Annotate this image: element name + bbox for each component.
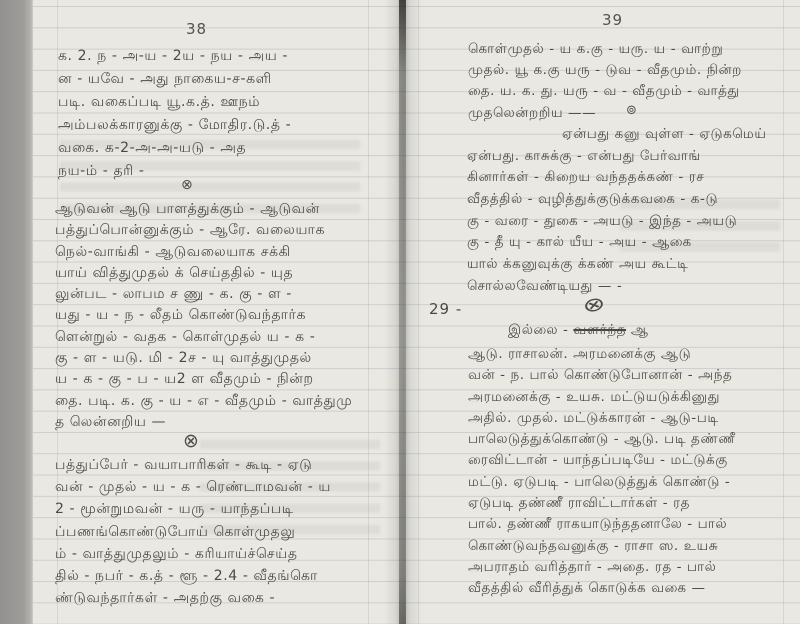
manuscript-line: ஏடுபடி தண்ணீ ராவிட்டார்கள் - ரத [468,493,735,514]
right-paragraph-1: கொள்முதல் - ய க.கு - யரு. ய - வாற்றுமுதல… [468,39,742,124]
manuscript-line: ஆடு. ராசாலன். அரமனைக்கு ஆடு [468,344,735,365]
left-paragraph-3: பத்துப்பேர் - வயாபாரிகள் - கூடி - ஏடுவன்… [55,454,331,609]
manuscript-line: ளென்றுல் - வதக - கொள்முதல் ய - க - [55,327,352,348]
manuscript-line: கு - தீ யு - கால் யீய - அய - ஆகை [467,232,767,254]
manuscript-line: பத்துப்பொன்னுக்கும் - ஆரே. வலையாக [55,220,352,241]
manuscript-line: வன் - முதல் - ய - க - ரெண்டாமவன் - ய [55,476,331,498]
manuscript-line: ண்டுவந்தார்கள் - அதற்கு வகை - [55,587,331,609]
manuscript-line: படி. வகைப்படி யூ.க.த். ஊநம் [58,91,291,114]
manuscript-line: முதல். யூ க.கு யரு - டுவ - வீதமும். நின்… [468,60,742,81]
manuscript-line: வீதத்தில் வீரித்துக் கொடுக்க வகை — [468,578,735,599]
manuscript-line: சொல்லவேண்டியது — - [467,276,767,298]
heading-struck-word: வளர்ந்த [573,322,626,338]
manuscript-line: தை. ய. க. து. யரு - வ - வீதமும் - வாத்து [468,81,742,102]
manuscript-line: வீதத்தில் - வுழித்துக்குடுக்கவகை - க-டு [467,189,767,211]
notebook-scan: 38 க. 2. ந - அ-ய - 2ய - நய - அய -ன - யவே… [0,0,800,624]
manuscript-line: பத்துப்பேர் - வயாபாரிகள் - கூடி - ஏடு [55,454,331,476]
manuscript-line: நய-ம் - தரி - [58,160,291,183]
manuscript-line: ஏன்பது. காசுக்கு - என்பது பேர்வாங் [467,146,767,168]
manuscript-line: ப்பணங்கொண்டுபோய் கொள்முதலு [55,521,331,543]
manuscript-line: லுன்பட - லாபம ச ணு - க. கு - ள - [55,284,352,305]
manuscript-line: ன - யவே - அது நாகைய-ச-களி [58,68,291,91]
manuscript-line: 2 - மூன்றுமவன் - யரு - யாந்தப்படி [55,498,331,520]
manuscript-line: கினார்கள் - கிறைய வந்ததக்கண் - ரச [467,167,767,189]
manuscript-line: அதில். முதல். மட்டுக்காரன் - ஆடு-படி [468,408,735,429]
manuscript-line: ரைவிட்டான் - யாந்தப்படியே - மட்டுக்கு [468,450,735,471]
manuscript-line: யால் க்கனுவுக்கு க்கண் அய கூட்டி [467,254,767,276]
manuscript-line: ம் - வாத்துமுதலும் - கரியாய்ச்செய்த [55,543,331,565]
manuscript-line: அபராதம் வரித்தார் - அதை. ரத - பால் [468,557,735,578]
manuscript-line: தில் - நபர் - க.த் - ளூ - 2.4 - வீதங்கொ [55,565,331,587]
section-divider-icon: ⊗ [181,177,193,193]
heading-suffix: ஆ [626,322,649,338]
margin-line-right-page-right [783,0,784,624]
manuscript-line: பால். தண்ணீ ராகயாடுந்ததனாலே - பால் [468,514,735,535]
manuscript-line: வகை. க-2-அ-அ-யடு - அத [58,137,291,160]
manuscript-line: அம்பலக்காரனுக்கு - மோதிர.டு.த் - [58,114,291,137]
left-paragraph-2: ஆடுவன் ஆடு பாளத்துக்கும் - ஆடுவன்பத்துப்… [55,199,352,433]
scanner-edge-strip [0,0,33,624]
manuscript-line: ய - க - கு - ப - ய2 ள வீதமும் - நின்ற [55,369,352,390]
right-paragraph-2: ஏன்பது கனு வுள்ள - ஏடுகமெய்ஏன்பது. காசுக… [467,124,767,298]
manuscript-line: நெல்-வாங்கி - ஆடுவலையாக சக்கி [55,242,352,263]
manuscript-line: தை. படி. க. கு - ய - எ - வீதமும் - வாத்த… [55,391,352,412]
left-paragraph-1: க. 2. ந - அ-ய - 2ய - நய - அய -ன - யவே - … [58,45,291,183]
manuscript-line: ஏன்பது கனு வுள்ள - ஏடுகமெய் [562,124,767,146]
left-page-number: 38 [186,20,207,38]
section-divider-icon: ⊗ [183,430,199,452]
manuscript-line: பாலெடுத்துக்கொண்டு - ஆடு. படி தண்ணீ [468,429,735,450]
manuscript-line: கு - வரை - துகை - அயடு - இந்த - அயடு [467,211,767,233]
heading-prefix: இல்லை - [508,322,573,338]
manuscript-line: கொள்முதல் - ய க.கு - யரு. ய - வாற்று [468,39,742,60]
book-gutter [384,0,422,624]
manuscript-line: த லென்னறிய — [55,412,352,433]
manuscript-line: கு - ள - யடு. மி - 2ச - யு வாத்துமுதல் [55,348,352,369]
manuscript-line: கொண்டுவந்தவனுக்கு - ராசா ஸ. உயசு [468,536,735,557]
section-number: 29 - [429,300,462,318]
manuscript-line: யது - ய - ந - லீதம் கொண்டுவந்தார்க [55,305,352,326]
manuscript-line: முதலென்றறிய —— [468,103,742,124]
section-heading: இல்லை - வளர்ந்த ஆ [508,322,649,340]
margin-line-left-page-right [368,0,369,624]
section-divider-icon: ⊚ [626,103,637,118]
manuscript-line: யாய் வித்துமுதல் க் செய்ததில் - யுத [55,263,352,284]
manuscript-line: அரமனைக்கு - உயசு. மட்டுயடுக்கினுது [468,387,735,408]
manuscript-line: வன் - ந. பால் கொண்டுபோனான் - அந்த [468,365,735,386]
manuscript-line: க. 2. ந - அ-ய - 2ய - நய - அய - [58,45,291,68]
right-page-number: 39 [602,11,623,29]
right-paragraph-3: ஆடு. ராசாலன். அரமனைக்கு ஆடுவன் - ந. பால்… [468,344,735,600]
manuscript-line: ஆடுவன் ஆடு பாளத்துக்கும் - ஆடுவன் [55,199,352,220]
manuscript-line: மட்டு. ஏடுபடி - பாலெடுத்துக் கொண்டு - [468,472,735,493]
